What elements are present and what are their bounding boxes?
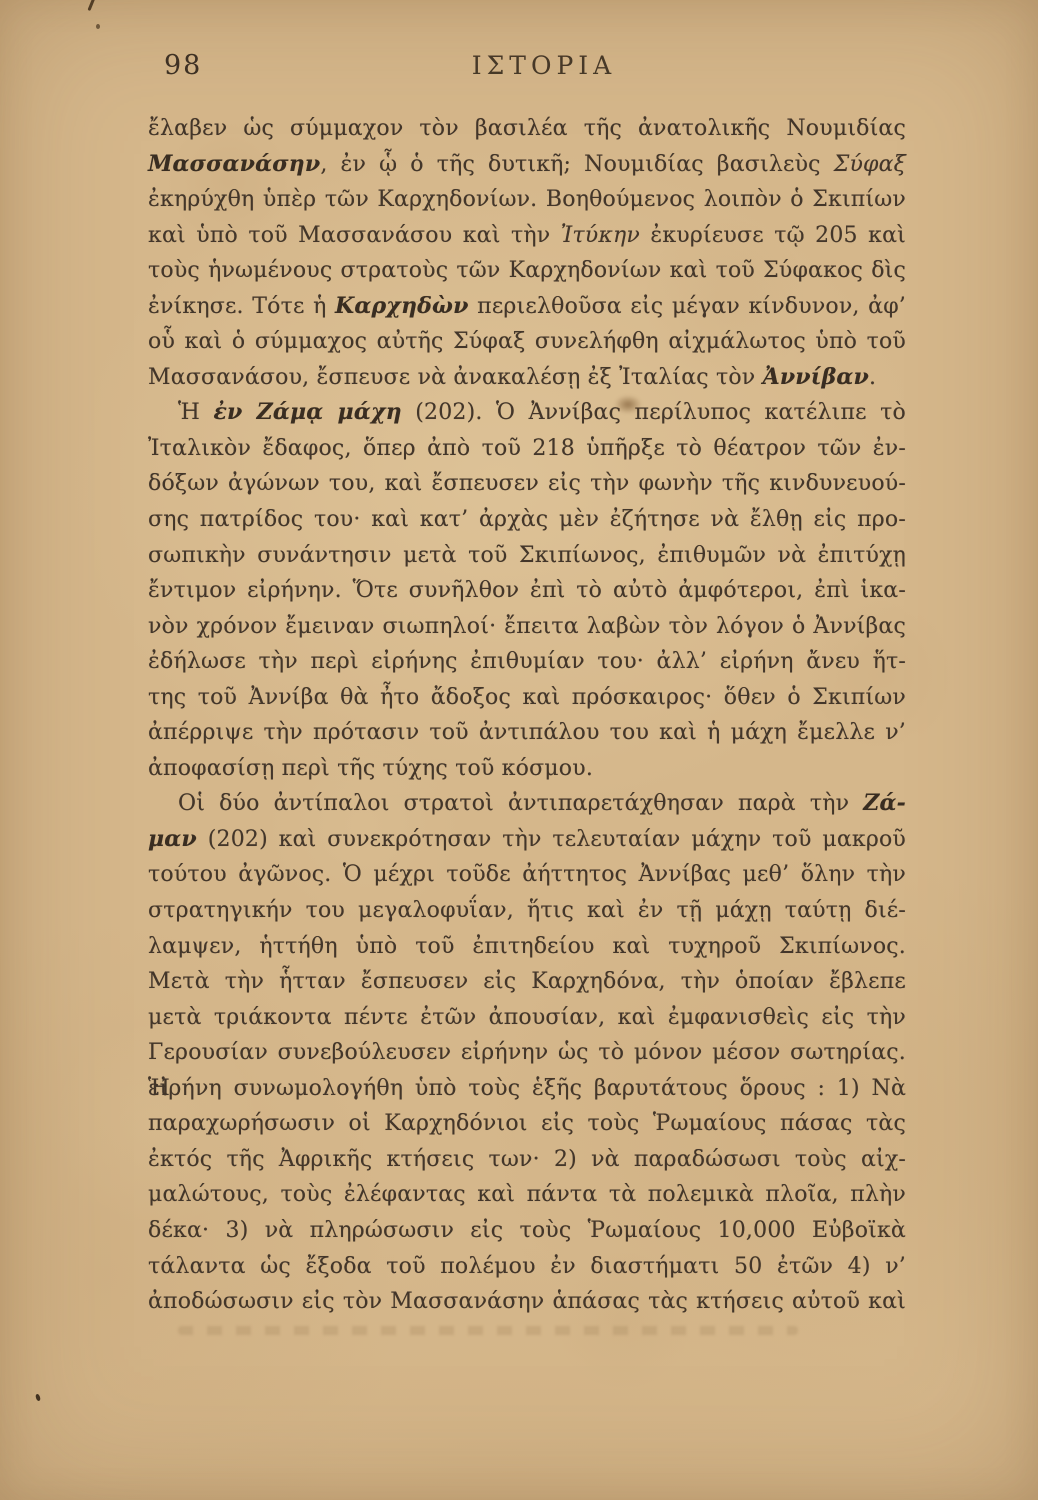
text-line: νὸν χρόνον ἔμειναν σιωπηλοί· ἔπειτα λαβὼ… [148,609,906,645]
text-line: σωπικὴν συνάντησιν μετὰ τοῦ Σκιπίωνος, ἐ… [148,538,906,574]
text-line: Ἡ ἐν Ζάμᾳ μάχη (202). Ὁ Ἀννίβας περίλυπο… [148,395,906,431]
text-run: ἀποδώσωσιν εἰς τὸν Μασσανάσην ἁπάσας τὰς… [148,1289,906,1314]
text-run: σωπικὴν συνάντησιν μετὰ τοῦ Σκιπίωνος, ἐ… [148,543,906,568]
text-run: ἐνίκησε. Τότε ἡ [148,294,335,319]
emphasized-name: Μασσανάσην [148,151,320,177]
emphasized-name: μαν [148,826,197,852]
text-line: ἀποδώσωσιν εἰς τὸν Μασσανάσην ἁπάσας τὰς… [148,1284,906,1320]
text-line: Ἰταλικὸν ἔδαφος, ὅπερ ἀπὸ τοῦ 218 ὑπῆρξε… [148,431,906,467]
text-line: ἀπέρριψε τὴν πρότασιν τοῦ ἀντιπάλου του … [148,715,906,751]
text-line: ἐνίκησε. Τότε ἡ Καρχηδὼν περιελθοῦσα εἰς… [148,289,906,325]
text-line: τοὺς ἡνωμένους στρατοὺς τῶν Καρχηδονίων … [148,253,906,289]
text-run: σης πατρίδος του· καὶ κατ’ ἀρχὰς μὲν ἐζή… [148,507,906,532]
text-line: δόξων ἀγώνων του, καὶ ἔσπευσεν εἰς τὴν φ… [148,466,906,502]
text-run: Μετὰ τὴν ἧτταν ἔσπευσεν εἰς Καρχηδόνα, τ… [148,969,906,994]
emphasized-name: ἐν Ζάμᾳ μάχη [213,399,401,425]
text-line: μαν (202) καὶ συνεκρότησαν τὴν τελευταία… [148,822,906,858]
text-run: περιελθοῦσα εἰς μέγαν κίνδυνον, ἀφ’ [469,294,906,319]
text-line: σης πατρίδος του· καὶ κατ’ ἀρχὰς μὲν ἐζή… [148,502,906,538]
paragraph: Ἡ ἐν Ζάμᾳ μάχη (202). Ὁ Ἀννίβας περίλυπο… [148,395,906,786]
text-line: ἐκηρύχθη ὑπὲρ τῶν Καρχηδονίων. Βοηθούμεν… [148,182,906,218]
text-line: Οἱ δύο ἀντίπαλοι στρατοὶ ἀντιπαρετάχθησα… [148,786,906,822]
text-run: Ἡ [178,400,213,425]
text-line: παραχωρήσωσιν οἱ Καρχηδόνιοι εἰς τοὺς Ῥω… [148,1106,906,1142]
text-run: (202). Ὁ Ἀννίβας περίλυπος κατέλιπε τὸ [402,400,906,425]
running-title: ΙΣΤΟΡΙΑ [148,51,906,80]
text-run: λαμψεν, ἡττήθη ὑπὸ τοῦ ἐπιτηδείου καὶ τυ… [148,934,906,959]
text-line: τάλαντα ὡς ἔξοδα τοῦ πολέμου ἐν διαστήμα… [148,1249,906,1285]
text-line: ἔντιμον εἰρήνην. Ὅτε συνῆλθον ἐπὶ τὸ αὐτ… [148,573,906,609]
text-run: της τοῦ Ἀννίβα θὰ ἦτο ἄδοξος καὶ πρόσκαι… [148,685,906,710]
text-run: Μασσανάσου, ἔσπευσε νὰ ἀνακαλέσῃ ἐξ Ἰταλ… [148,365,763,390]
text-line: εἰρήνη συνωμολογήθη ὑπὸ τοὺς ἑξῆς βαρυτά… [148,1071,906,1107]
text-run: τάλαντα ὡς ἔξοδα τοῦ πολέμου ἐν διαστήμα… [148,1254,906,1279]
emphasized-name: Καρχηδὼν [335,293,469,319]
ink-speck [35,1394,41,1402]
text-run: στρατηγικήν του μεγαλοφυΐαν, ἥτις καὶ ἐν… [148,898,906,923]
text-line: δέκα· 3) νὰ πληρώσωσιν εἰς τοὺς Ῥωμαίους… [148,1213,906,1249]
text-run: ἔλαβεν ὡς σύμμαχον τὸν βασιλέα τῆς ἀνατο… [148,116,906,141]
text-run: . [869,365,876,390]
text-run: ἐδήλωσε τὴν περὶ εἰρήνης ἐπιθυμίαν του· … [148,649,906,674]
text-run: ἐκηρύχθη ὑπὲρ τῶν Καρχηδονίων. Βοηθούμεν… [148,187,906,212]
text-line: μαλώτους, τοὺς ἐλέφαντας καὶ πάντα τὰ πο… [148,1177,906,1213]
text-run: οὗ καὶ ὁ σύμμαχος αὐτῆς Σύφαξ συνελήφθη … [148,329,906,354]
text-run: ἐκτός τῆς Ἀφρικῆς κτήσεις των· 2) νὰ παρ… [148,1147,906,1172]
ink-speck [96,24,100,29]
text-line: Μασσανάσην, ἐν ᾧ ὁ τῆς δυτικῆ; Νουμιδίας… [148,147,906,183]
text-line: στρατηγικήν του μεγαλοφυΐαν, ἥτις καὶ ἐν… [148,893,906,929]
text-line: λαμψεν, ἡττήθη ὑπὸ τοῦ ἐπιτηδείου καὶ τυ… [148,929,906,965]
text-run: δόξων ἀγώνων του, καὶ ἔσπευσεν εἰς τὴν φ… [148,471,906,496]
text-run: , ἐν ᾧ ὁ τῆς δυτικῆ; Νουμιδίας βασιλεὺς [320,152,833,177]
text-line: ἐδήλωσε τὴν περὶ εἰρήνης ἐπιθυμίαν του· … [148,644,906,680]
text-line: ἔλαβεν ὡς σύμμαχον τὸν βασιλέα τῆς ἀνατο… [148,111,906,147]
text-run: εἰρήνη συνωμολογήθη ὑπὸ τοὺς ἑξῆς βαρυτά… [148,1076,906,1101]
text-line: Μετὰ τὴν ἧτταν ἔσπευσεν εἰς Καρχηδόνα, τ… [148,964,906,1000]
text-line: μετὰ τριάκοντα πέντε ἐτῶν ἀπουσίαν, καὶ … [148,1000,906,1036]
text-run: ἐκυρίευσε τῷ 205 καὶ [640,223,906,248]
text-run: παραχωρήσωσιν οἱ Καρχηδόνιοι εἰς τοὺς Ῥω… [148,1111,906,1136]
text-line: οὗ καὶ ὁ σύμμαχος αὐτῆς Σύφαξ συνελήφθη … [148,324,906,360]
verso-show-through [178,1326,798,1335]
text-run: καὶ ὑπὸ τοῦ Μασσανάσου καὶ τὴν [148,223,561,248]
emphasized-name: Ἰτύκην [561,223,640,248]
text-line: ἀποφασίσῃ περὶ τῆς τύχης τοῦ κόσμου. [148,751,906,787]
text-run: μετὰ τριάκοντα πέντε ἐτῶν ἀπουσίαν, καὶ … [148,1005,906,1030]
text-run: τοὺς ἡνωμένους στρατοὺς τῶν Καρχηδονίων … [148,258,906,283]
text-line: Μασσανάσου, ἔσπευσε νὰ ἀνακαλέσῃ ἐξ Ἰταλ… [148,360,906,396]
text-run: ἀπέρριψε τὴν πρότασιν τοῦ ἀντιπάλου του … [148,720,906,745]
text-run: τούτου ἀγῶνος. Ὁ μέχρι τοῦδε ἀήττητος Ἀν… [148,862,906,887]
text-line: τούτου ἀγῶνος. Ὁ μέχρι τοῦδε ἀήττητος Ἀν… [148,857,906,893]
scanned-book-page: 98 ΙΣΤΟΡΙΑ ἔλαβεν ὡς σύμμαχον τὸν βασιλέ… [0,0,1038,1500]
paragraph: ἔλαβεν ὡς σύμμαχον τὸν βασιλέα τῆς ἀνατο… [148,111,906,395]
paragraph: Οἱ δύο ἀντίπαλοι στρατοὶ ἀντιπαρετάχθησα… [148,786,906,1319]
text-line: της τοῦ Ἀννίβα θὰ ἦτο ἄδοξος καὶ πρόσκαι… [148,680,906,716]
text-line: ἐκτός τῆς Ἀφρικῆς κτήσεις των· 2) νὰ παρ… [148,1142,906,1178]
text-run: Ἰταλικὸν ἔδαφος, ὅπερ ἀπὸ τοῦ 218 ὑπῆρξε… [148,436,906,461]
text-run: νὸν χρόνον ἔμειναν σιωπηλοί· ἔπειτα λαβὼ… [148,614,906,639]
text-run: δέκα· 3) νὰ πληρώσωσιν εἰς τοὺς Ῥωμαίους… [148,1218,906,1243]
text-run: μαλώτους, τοὺς ἐλέφαντας καὶ πάντα τὰ πο… [148,1182,906,1207]
emphasized-name: Σύφαξ [834,152,906,177]
body-text: ἔλαβεν ὡς σύμμαχον τὸν βασιλέα τῆς ἀνατο… [148,111,906,1320]
text-line: καὶ ὑπὸ τοῦ Μασσανάσου καὶ τὴν Ἰτύκην ἐκ… [148,218,906,254]
text-run: (202) καὶ συνεκρότησαν τὴν τελευταίαν μά… [197,827,906,852]
ink-smudge [614,395,642,414]
text-run: ἀποφασίσῃ περὶ τῆς τύχης τοῦ κόσμου. [148,756,593,781]
emphasized-name: Ζά- [863,790,906,816]
emphasized-name: Ἀννίβαν [763,364,869,390]
text-run: ἔντιμον εἰρήνην. Ὅτε συνῆλθον ἐπὶ τὸ αὐτ… [148,578,906,603]
ink-speck [87,0,95,11]
text-line: Γερουσίαν συνεβούλευσεν εἰρήνην ὡς τὸ μό… [148,1035,906,1071]
page-header: 98 ΙΣΤΟΡΙΑ [148,50,906,88]
text-run: Οἱ δύο ἀντίπαλοι στρατοὶ ἀντιπαρετάχθησα… [178,791,863,816]
